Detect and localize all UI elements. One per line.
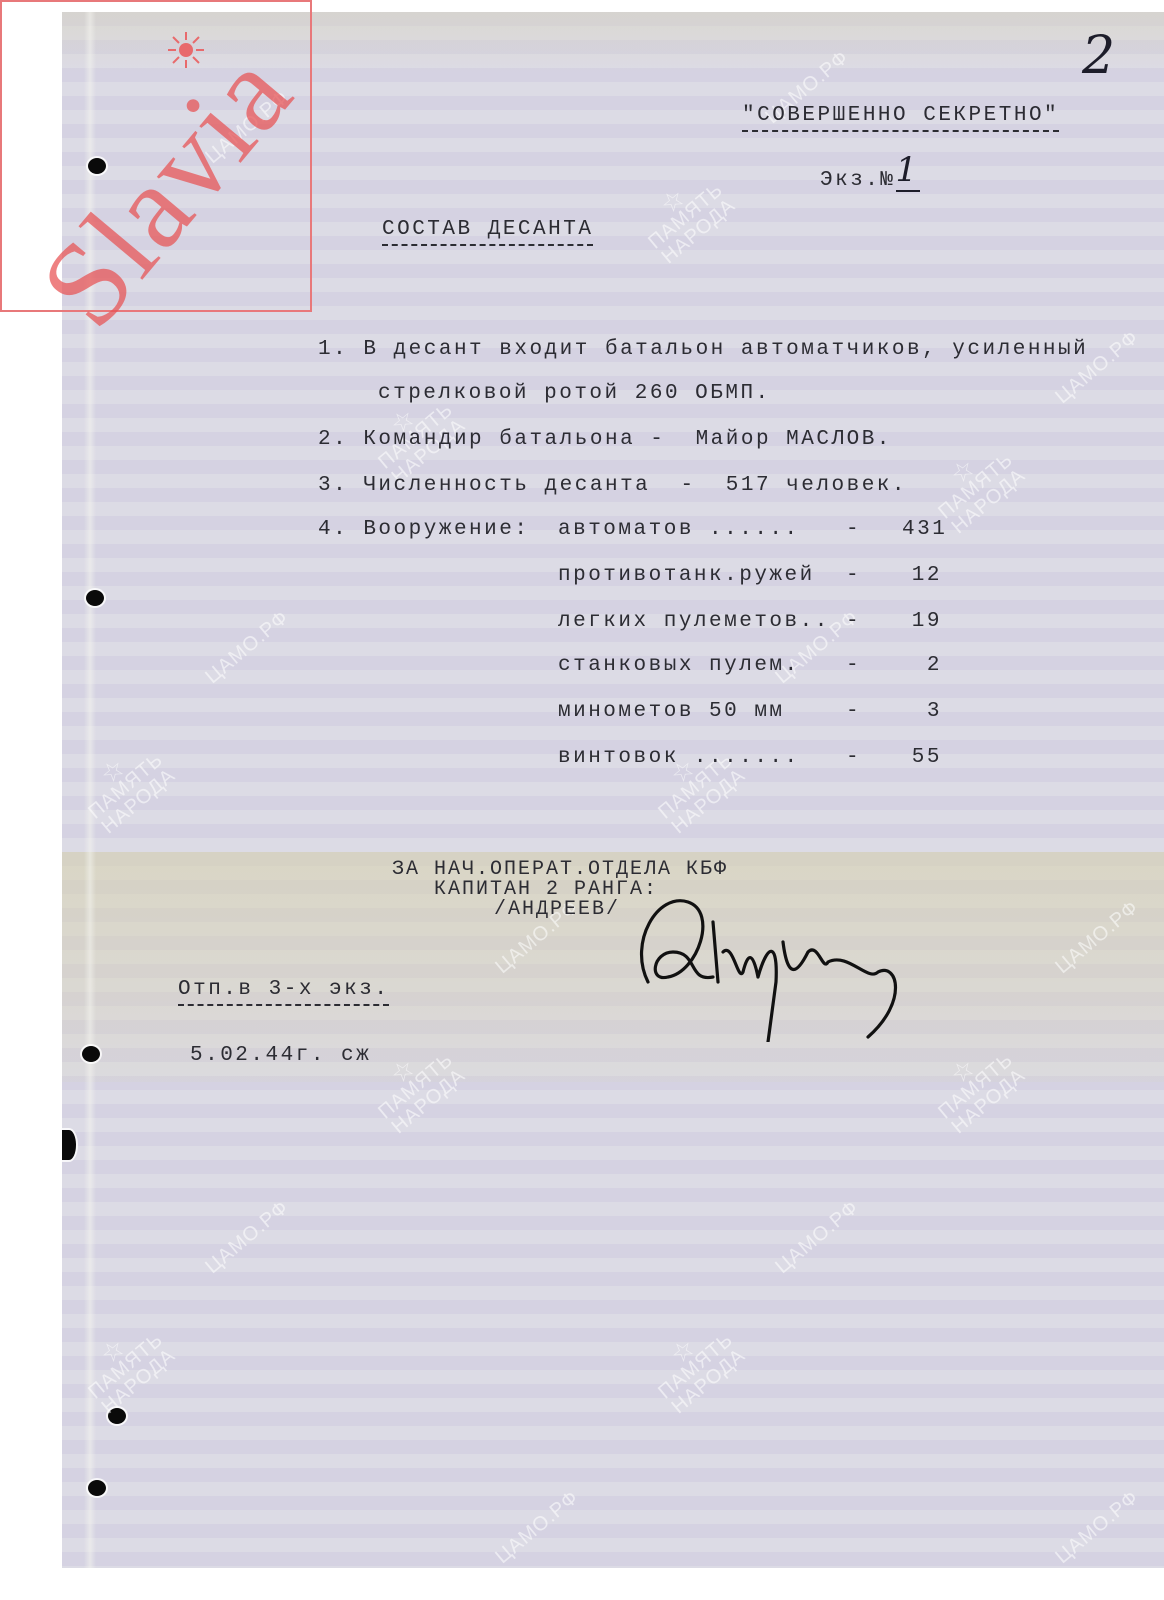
classification-stamp: "СОВЕРШЕННО СЕКРЕТНО" xyxy=(742,104,1059,127)
watermark-archive: ЦАМО.РФ xyxy=(492,1487,582,1567)
item-1: 1. В десант входит батальон автоматчиков… xyxy=(318,338,1088,361)
date-note: 5.02.44г. сж xyxy=(190,1044,371,1067)
copies-note: Отп.в 3-х экз. xyxy=(178,978,389,1001)
copy-number: 1 xyxy=(896,150,920,192)
signature-block-line3: /АНДРЕЕВ/ xyxy=(494,900,620,920)
handwritten-signature-icon xyxy=(618,882,918,1042)
copy-number-line: Экз.№1 xyxy=(820,154,920,194)
item-2: 2. Командир батальона - Майор МАСЛОВ. xyxy=(318,428,892,451)
punch-hole-icon xyxy=(82,1046,100,1062)
watermark-archive: ЦАМО.РФ xyxy=(202,607,292,687)
signature-block-line1: ЗА НАЧ.ОПЕРАТ.ОТДЕЛА КБФ xyxy=(392,860,728,880)
item-4: 4. Вооружение: xyxy=(318,518,529,541)
punch-hole-icon xyxy=(86,590,104,606)
watermark-archive: ЦАМО.РФ xyxy=(1052,1487,1142,1567)
watermark-archive: ЦАМО.РФ xyxy=(202,1197,292,1277)
punch-hole-icon xyxy=(62,1130,76,1160)
document-title: СОСТАВ ДЕСАНТА xyxy=(382,218,593,241)
punch-hole-icon xyxy=(88,1480,106,1496)
watermark-project: ☆ПАМЯТЬНАРОДА xyxy=(632,164,740,268)
archive-page-number: 2 xyxy=(1082,26,1115,86)
watermark-archive: ЦАМО.РФ xyxy=(772,1197,862,1277)
page-margin xyxy=(0,1568,1164,1600)
watermark-project: ☆ПАМЯТЬНАРОДА xyxy=(642,1314,750,1418)
item-3: 3. Численность десанта - 517 человек. xyxy=(318,474,907,497)
item-1-continued: стрелковой ротой 260 ОБМП. xyxy=(378,382,771,405)
